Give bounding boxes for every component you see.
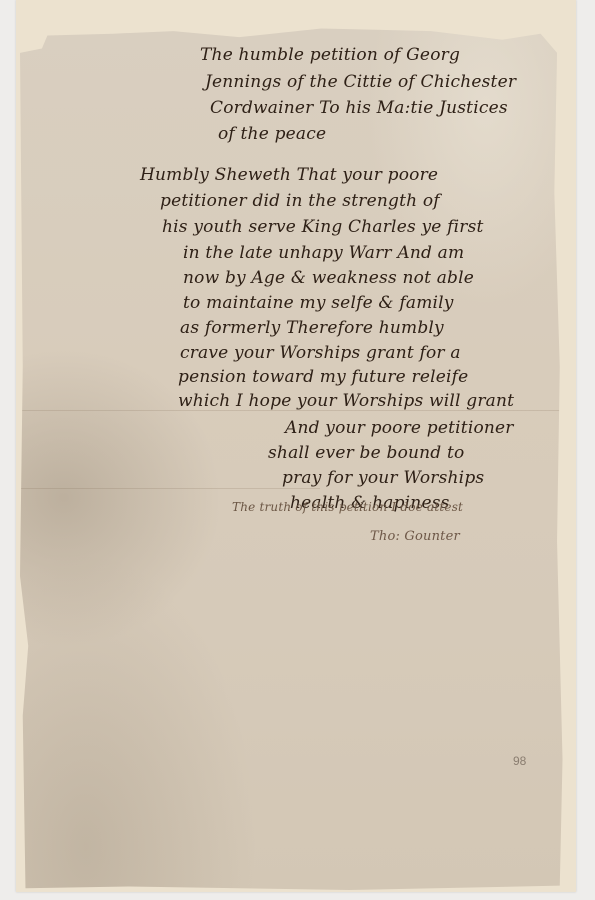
body-line-5: now by Age & weakness not able [183,268,474,288]
attestation-note: The truth of this petition I doe attest [232,500,463,514]
body-line-8: crave your Worships grant for a [180,343,461,363]
body-line-1: Humbly Sheweth That your poore [140,165,438,185]
closing-line-3: pray for your Worships [282,468,484,488]
closing-line-2: shall ever be bound to [268,443,464,463]
body-line-4: in the late unhapy Warr And am [183,243,464,263]
body-line-6: to maintaine my selfe & family [183,293,454,313]
heading-line-4: of the peace [218,124,326,144]
heading-line-1: The humble petition of Georg [200,45,460,65]
signature: Tho: Gounter [370,529,460,544]
body-line-10: which I hope your Worships will grant [178,391,514,411]
document-viewer: The humble petition of Georg Jennings of… [0,0,595,900]
body-line-2: petitioner did in the strength of [160,191,440,211]
body-line-7: as formerly Therefore humbly [180,318,444,338]
folio-number: 98 [513,754,526,768]
closing-line-1: And your poore petitioner [285,418,514,438]
heading-line-2: Jennings of the Cittie of Chichester [205,72,516,92]
heading-line-3: Cordwainer To his Ma:tie Justices [210,98,508,118]
fold-line [20,488,320,489]
body-line-3: his youth serve King Charles ye first [162,217,484,237]
body-line-9: pension toward my future releife [178,367,468,387]
